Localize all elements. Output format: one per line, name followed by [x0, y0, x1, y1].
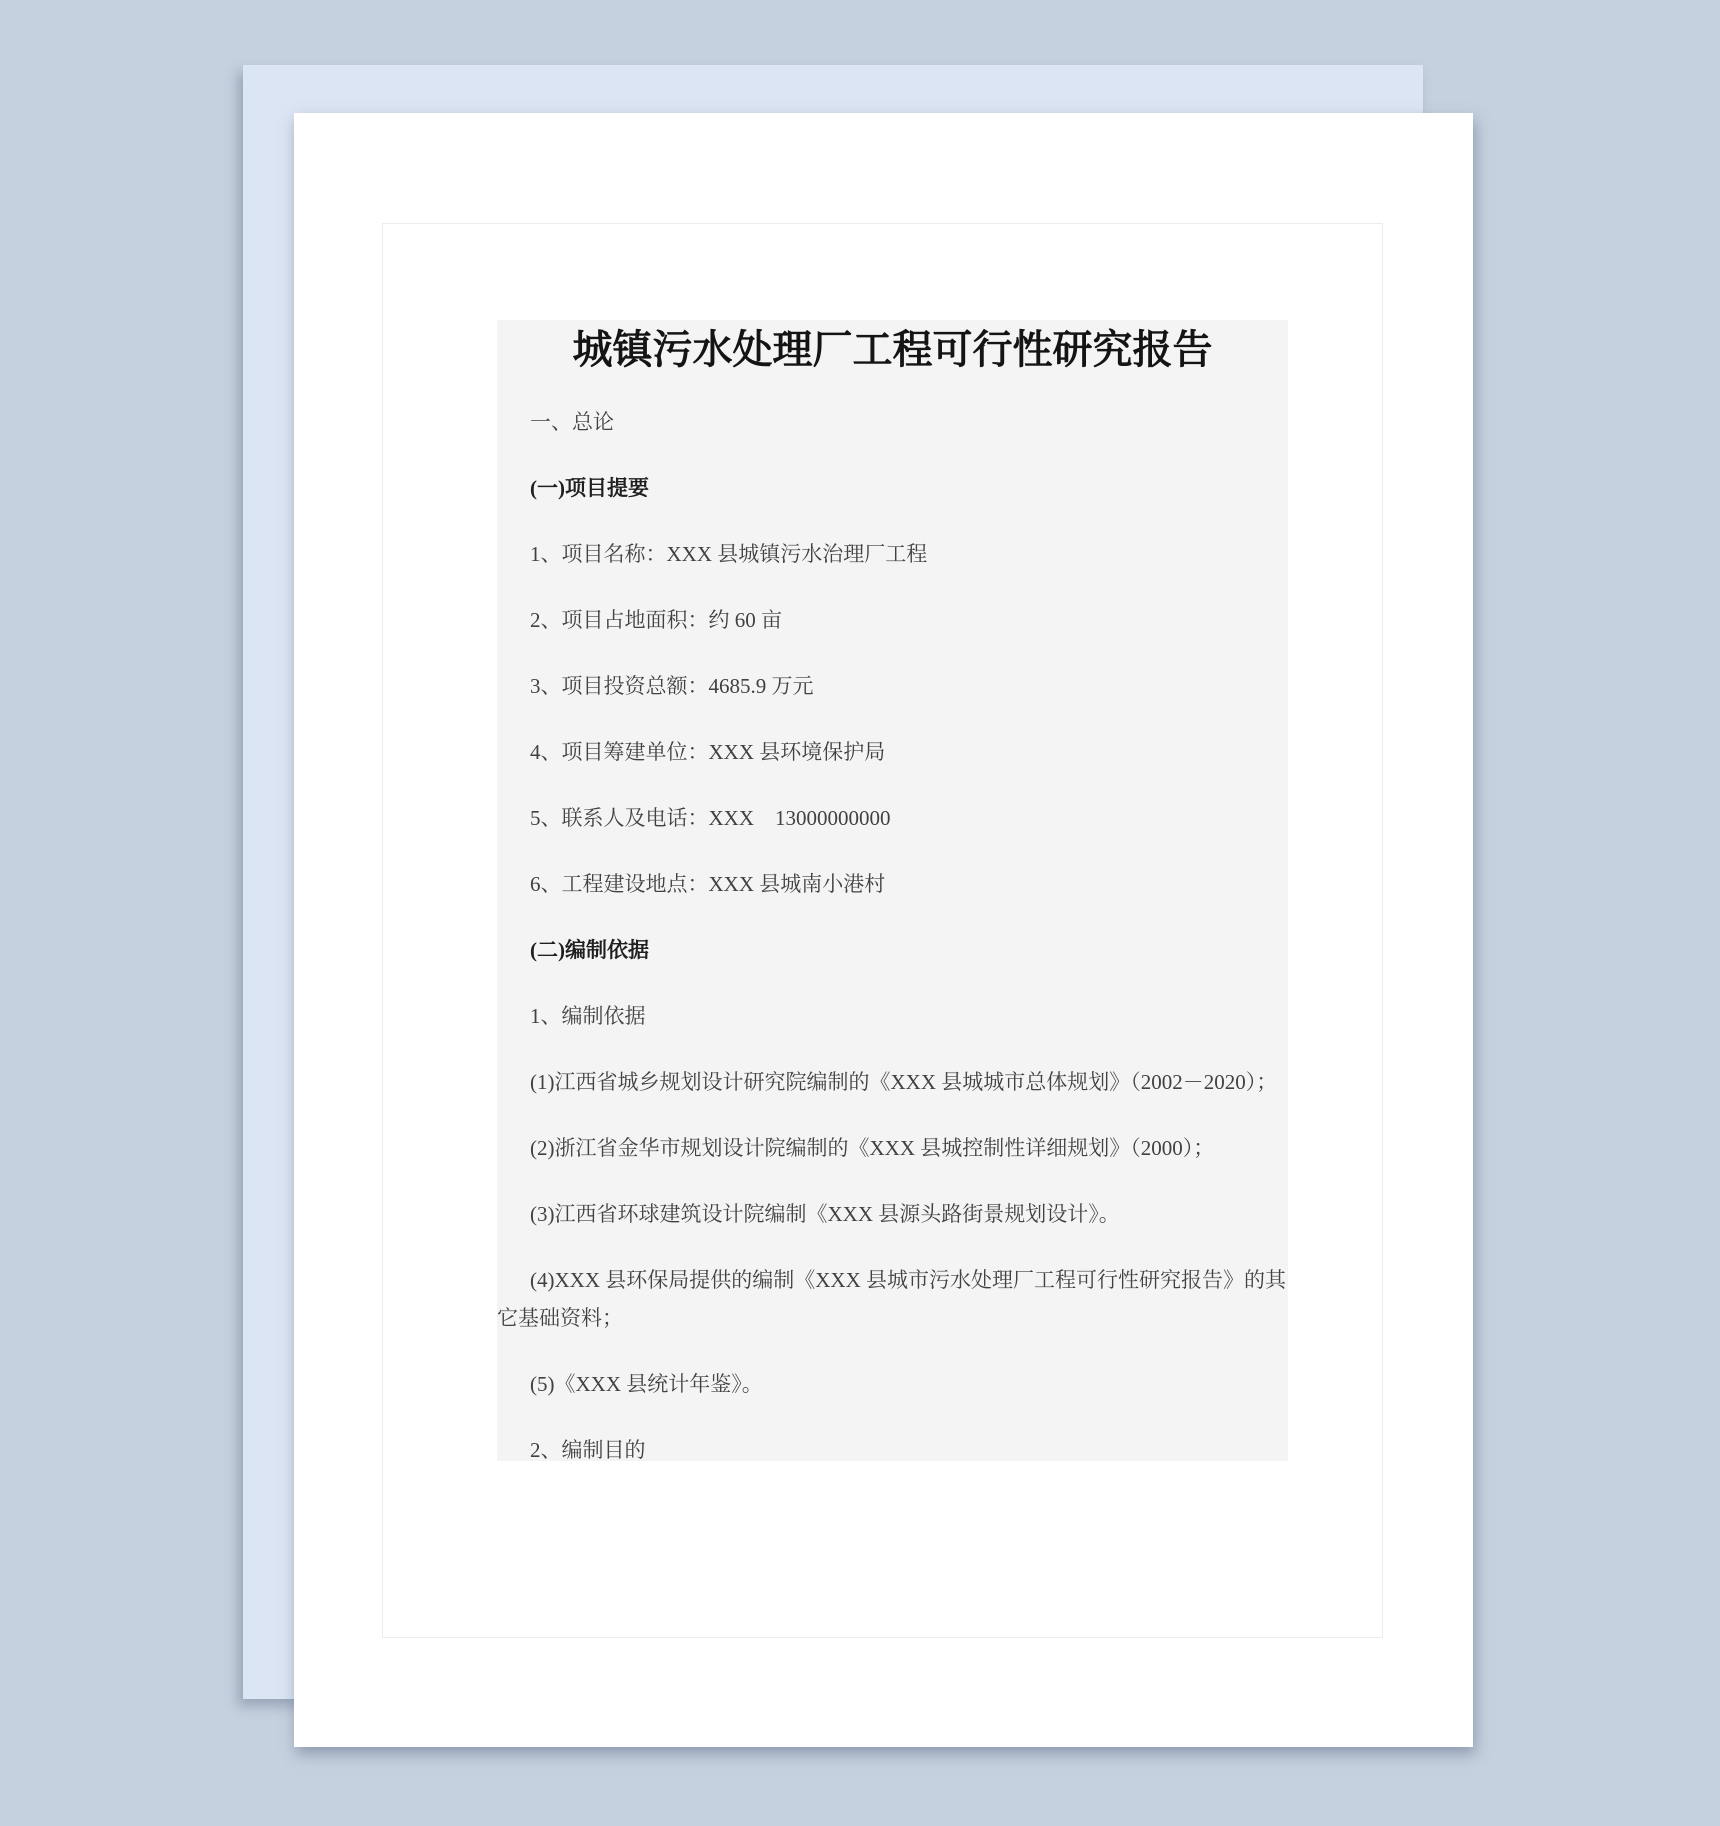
document-page: 城镇污水处理厂工程可行性研究报告 一、总论 (一)项目提要 1、项目名称：XXX… — [294, 113, 1473, 1747]
doc-paragraph: (4)XXX 县环保局提供的编制《XXX 县城市污水处理厂工程可行性研究报告》的… — [497, 1261, 1288, 1337]
document-title: 城镇污水处理厂工程可行性研究报告 — [497, 320, 1288, 375]
doc-paragraph: (2)浙江省金华市规划设计院编制的《XXX 县城控制性详细规划》（2000）； — [497, 1129, 1288, 1167]
doc-paragraph: 1、编制依据 — [497, 997, 1288, 1035]
doc-paragraph: 2、编制目的 — [497, 1431, 1288, 1461]
doc-paragraph: 3、项目投资总额：4685.9 万元 — [497, 667, 1288, 705]
preview-canvas: 城镇污水处理厂工程可行性研究报告 一、总论 (一)项目提要 1、项目名称：XXX… — [0, 0, 1720, 1826]
doc-paragraph: 2、项目占地面积：约 60 亩 — [497, 601, 1288, 639]
doc-paragraph: 1、项目名称：XXX 县城镇污水治理厂工程 — [497, 535, 1288, 573]
doc-paragraph: 5、联系人及电话：XXX 13000000000 — [497, 799, 1288, 837]
doc-section-heading: (二)编制依据 — [497, 931, 1288, 969]
doc-paragraph: 一、总论 — [497, 403, 1288, 441]
doc-paragraph: 6、工程建设地点：XXX 县城南小港村 — [497, 865, 1288, 903]
doc-paragraph: (3)江西省环球建筑设计院编制《XXX 县源头路街景规划设计》。 — [497, 1195, 1288, 1233]
doc-paragraph: (5)《XXX 县统计年鉴》。 — [497, 1365, 1288, 1403]
doc-paragraph: 4、项目筹建单位：XXX 县环境保护局 — [497, 733, 1288, 771]
doc-section-heading: (一)项目提要 — [497, 469, 1288, 507]
doc-paragraph: (1)江西省城乡规划设计研究院编制的《XXX 县城城市总体规划》（2002－20… — [497, 1063, 1288, 1101]
document-text-block: 城镇污水处理厂工程可行性研究报告 一、总论 (一)项目提要 1、项目名称：XXX… — [497, 320, 1288, 1461]
